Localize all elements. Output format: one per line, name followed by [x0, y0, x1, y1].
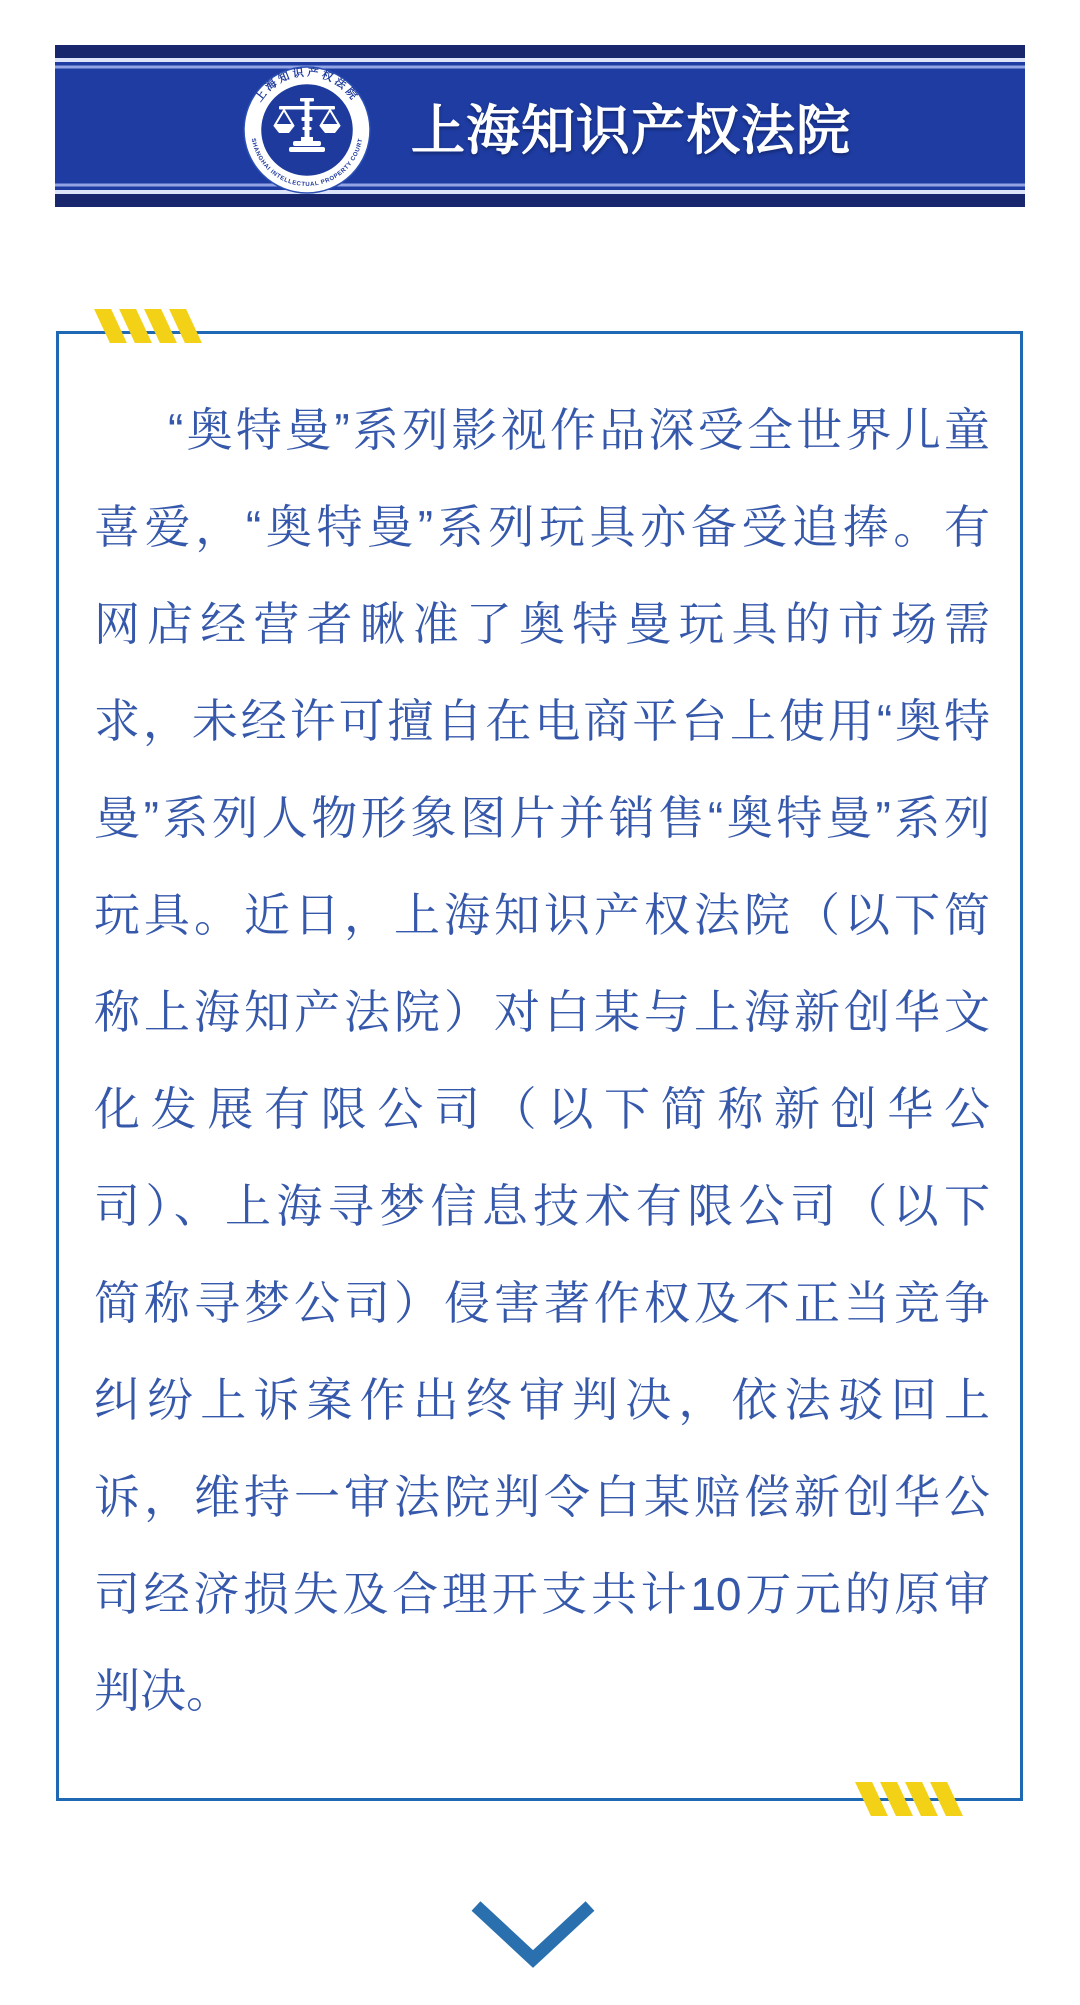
- article-line: 称上海知产法院）对白某与上海新创华文: [94, 964, 990, 1061]
- article-line: “奥特曼”系列影视作品深受全世界儿童: [94, 382, 990, 479]
- court-emblem-logo: 上海知识产权法院 SHANGHAI INTELLECTUAL PROPERTY …: [243, 66, 371, 194]
- decorative-slashes-top: [102, 309, 194, 343]
- article-line: 司经济损失及合理开支共计10万元的原审: [94, 1546, 990, 1643]
- article-line: 简称寻梦公司）侵害著作权及不正当竞争: [94, 1255, 990, 1352]
- article-card: “奥特曼”系列影视作品深受全世界儿童 喜爱，“奥特曼”系列玩具亦备受追捧。有 网…: [56, 331, 1023, 1801]
- article-line: 玩具。近日，上海知识产权法院（以下简: [94, 867, 990, 964]
- article-line: 曼”系列人物形象图片并销售“奥特曼”系列: [94, 770, 990, 867]
- article-line: 判决。: [94, 1643, 990, 1740]
- decorative-slashes-bottom: [863, 1782, 955, 1816]
- article-line: 喜爱，“奥特曼”系列玩具亦备受追捧。有: [94, 479, 990, 576]
- chevron-down-icon[interactable]: [468, 1899, 598, 1971]
- header-banner: 上海知识产权法院 SHANGHAI INTELLECTUAL PROPERTY …: [55, 45, 1025, 207]
- article-line: 求，未经许可擅自在电商平台上使用“奥特: [94, 673, 990, 770]
- article-line: 化发展有限公司（以下简称新创华公: [94, 1061, 990, 1158]
- article-text: “奥特曼”系列影视作品深受全世界儿童 喜爱，“奥特曼”系列玩具亦备受追捧。有 网…: [94, 382, 990, 1740]
- article-line: 司）、上海寻梦信息技术有限公司（以下: [94, 1158, 990, 1255]
- article-line: 诉，维持一审法院判令白某赔偿新创华公: [94, 1449, 990, 1546]
- article-line: 网店经营者瞅准了奥特曼玩具的市场需: [94, 576, 990, 673]
- article-line: 纠纷上诉案作出终审判决，依法驳回上: [94, 1352, 990, 1449]
- header-title: 上海知识产权法院: [411, 88, 851, 165]
